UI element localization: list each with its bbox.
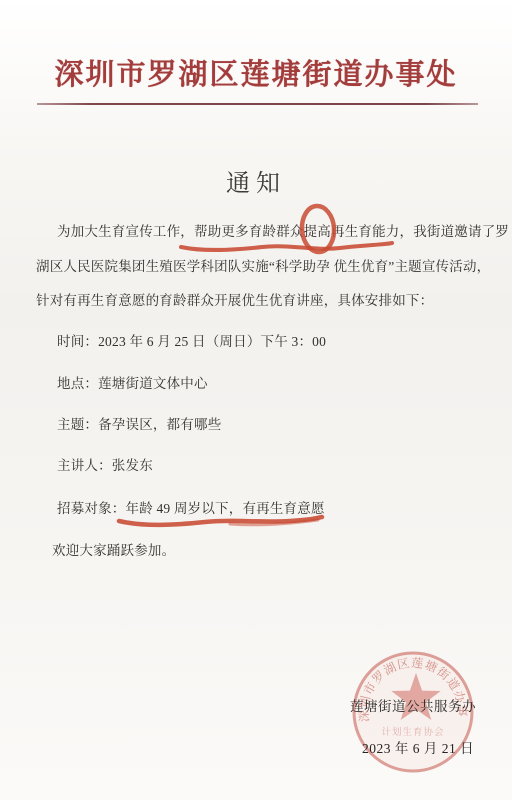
detail-line-audience: 招募对象：年龄 49 周岁以下，有再生育意愿 <box>57 497 325 517</box>
paragraph-line-3: 针对有再生育意愿的育龄群众开展优生优育讲座，具体安排如下： <box>36 289 433 309</box>
red-underline-annotation-1 <box>181 243 392 250</box>
document-title: 通知 <box>0 163 512 198</box>
red-underline-annotation-2 <box>119 517 322 525</box>
paragraph-line-1: 为加大生育宣传工作，帮助更多育龄群众提高再生育能力，我街道邀请了罗 <box>36 220 509 240</box>
paragraph-line-2: 湖区人民医院集团生殖医学科团队实施“科学助孕 优生优育”主题宣传活动， <box>36 255 490 275</box>
detail-line-time: 时间：2023 年 6 月 25 日（周日）下午 3：00 <box>57 330 326 350</box>
signature-date: 2023 年 6 月 21 日 <box>362 737 474 757</box>
signature-office: 莲塘街道公共服务办 <box>350 695 476 715</box>
detail-line-speaker: 主讲人：张发东 <box>57 454 153 474</box>
detail-line-location: 地点：莲塘街道文体中心 <box>57 372 208 392</box>
letterhead-title: 深圳市罗湖区莲塘街道办事处 <box>0 52 512 93</box>
red-underline-annotation-2-overstroke <box>230 520 318 525</box>
detail-line-topic: 主题：备孕误区，都有哪些 <box>57 413 221 433</box>
letterhead-divider <box>37 103 478 105</box>
closing-line: 欢迎大家踊跃参加。 <box>52 539 175 559</box>
notice-document-photo: { "document": { "letterhead": "深圳市罗湖区莲塘街… <box>0 0 512 800</box>
